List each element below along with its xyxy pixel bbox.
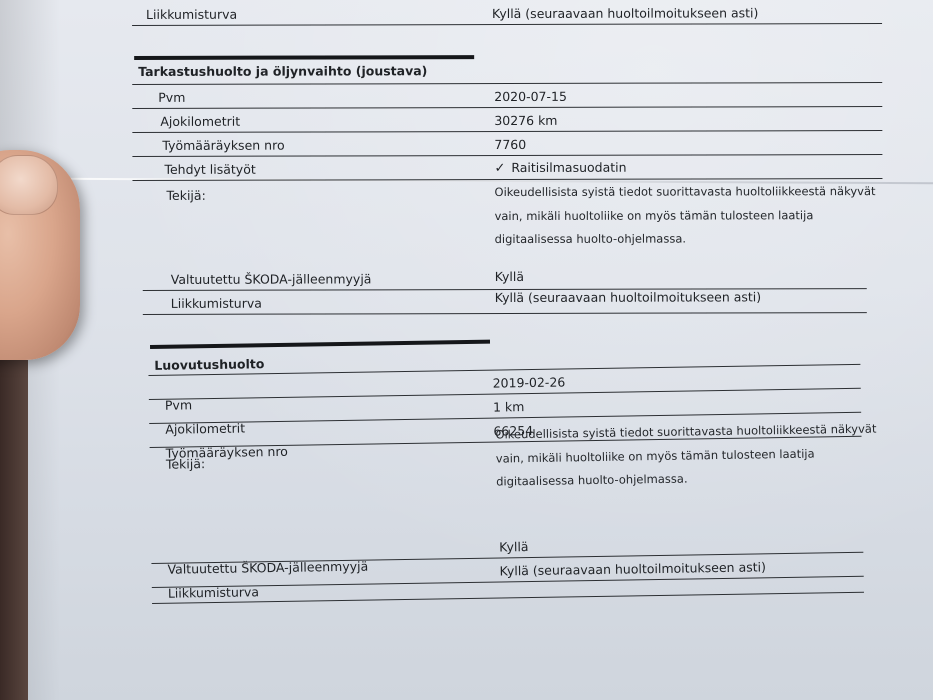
check-icon: ✓ xyxy=(494,161,505,176)
section-title: Luovutushuolto xyxy=(154,356,264,373)
row-value: ✓Raitisilmasuodatin xyxy=(494,160,626,176)
row-value: 1 km xyxy=(493,399,525,414)
extra-work-value: Raitisilmasuodatin xyxy=(511,160,626,175)
row-authorized-dealer: Valtuutettu ŠKODA-jälleenmyyjä Kyllä xyxy=(143,266,867,291)
row-label: Työmääräyksen nro xyxy=(162,138,284,153)
row-mileage: Ajokilometrit 30276 km xyxy=(132,108,882,133)
thumb-nail xyxy=(0,155,58,215)
row-value: Kyllä (seuraavaan huoltoilmoitukseen ast… xyxy=(495,289,761,305)
performer-label: Tekijä: xyxy=(166,456,205,472)
row-label: Ajokilometrit xyxy=(160,114,240,129)
row-value: 2020-07-15 xyxy=(494,89,567,104)
row-extra-work: Tehdyt lisätyöt ✓Raitisilmasuodatin xyxy=(132,156,882,181)
row-value: 7760 xyxy=(494,137,526,152)
row-value: Kyllä (seuraavaan huoltoilmoitukseen ast… xyxy=(499,559,766,578)
top-mobility-row: Liikkumisturva Kyllä (seuraavaan huoltoi… xyxy=(132,1,882,26)
row-value: Kyllä (seuraavaan huoltoilmoitukseen ast… xyxy=(492,5,758,21)
row-label: Pvm xyxy=(158,90,185,105)
row-label: Valtuutettu ŠKODA-jälleenmyyjä xyxy=(171,271,372,287)
row-label: Liikkumisturva xyxy=(168,584,259,600)
row-value: Kyllä xyxy=(495,269,524,284)
row-value: 30276 km xyxy=(494,113,557,128)
row-date: Pvm 2020-07-15 xyxy=(132,84,882,109)
background-edge xyxy=(0,360,28,700)
row-value: Kyllä xyxy=(499,539,529,554)
row-mobility: Liikkumisturva Kyllä (seuraavaan huoltoi… xyxy=(143,290,867,315)
row-label: Liikkumisturva xyxy=(171,296,262,311)
row-work-order: Työmääräyksen nro 7760 xyxy=(132,132,882,157)
performer-note: Oikeudellisista syistä tiedot suorittava… xyxy=(494,180,884,252)
performer-label: Tekijä: xyxy=(166,188,205,203)
row-label: Tehdyt lisätyöt xyxy=(164,162,255,177)
performer-note: Oikeudellisista syistä tiedot suorittava… xyxy=(495,417,886,494)
section-title: Tarkastushuolto ja öljynvaihto (joustava… xyxy=(138,63,427,79)
row-label: Liikkumisturva xyxy=(146,7,237,22)
row-value: 2019-02-26 xyxy=(493,374,566,390)
